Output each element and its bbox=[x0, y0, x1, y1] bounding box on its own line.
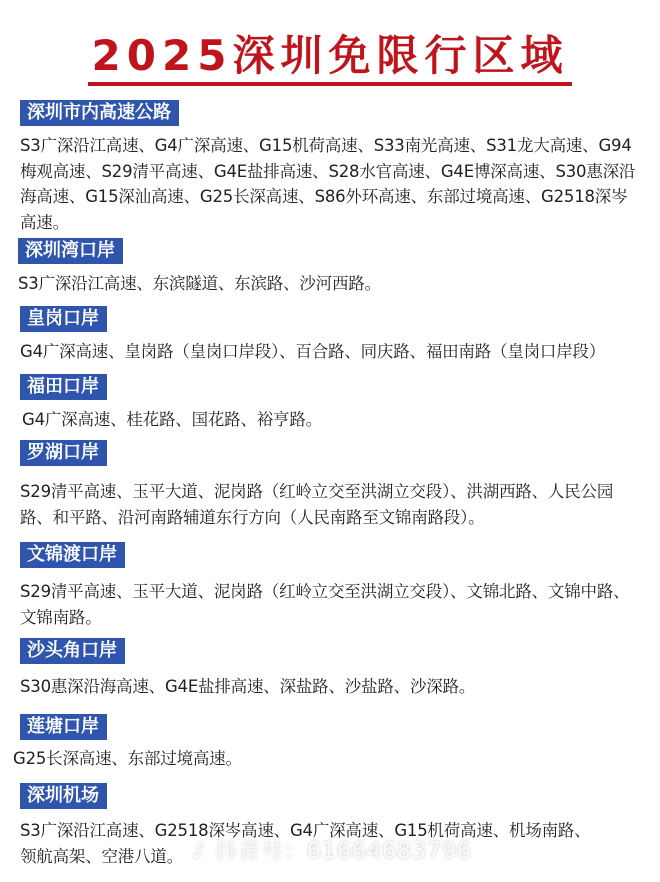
section-text: S30惠深沿海高速、G4E盐排高速、深盐路、沙盐路、沙深路。 bbox=[20, 674, 660, 700]
section-shenzhen-bay-port: 深圳湾口岸 S3广深沿江高速、东滨隧道、东滨路、沙河西路。 bbox=[18, 238, 660, 297]
section-heading: 深圳机场 bbox=[20, 783, 107, 809]
section-text: S29清平高速、玉平大道、泥岗路（红岭立交至洪湖立交段）、文锦北路、文锦中路、文… bbox=[20, 579, 660, 630]
section-futian-port: 福田口岸 G4广深高速、桂花路、国花路、裕亨路。 bbox=[20, 374, 660, 433]
section-heading: 深圳市内高速公路 bbox=[20, 100, 179, 126]
section-shatoujiao-port: 沙头角口岸 S30惠深沿海高速、G4E盐排高速、深盐路、沙盐路、沙深路。 bbox=[20, 638, 660, 700]
section-text: G4广深高速、皇岗路（皇岗口岸段）、百合路、同庆路、福田南路（皇岗口岸段） bbox=[20, 339, 660, 365]
section-text: S3广深沿江高速、G4广深高速、G15机荷高速、S33南光高速、S31龙大高速、… bbox=[20, 133, 660, 235]
section-city-expressways: 深圳市内高速公路 S3广深沿江高速、G4广深高速、G15机荷高速、S33南光高速… bbox=[20, 100, 660, 235]
section-text: S29清平高速、玉平大道、泥岗路（红岭立交至洪湖立交段）、洪湖西路、人民公园路、… bbox=[20, 479, 660, 530]
section-heading: 罗湖口岸 bbox=[20, 440, 107, 466]
section-wenjindu-port: 文锦渡口岸 S29清平高速、玉平大道、泥岗路（红岭立交至洪湖立交段）、文锦北路、… bbox=[20, 542, 660, 630]
section-heading: 福田口岸 bbox=[20, 374, 107, 400]
watermark: ♪抖音号：61664683796 bbox=[192, 834, 472, 865]
section-heading: 文锦渡口岸 bbox=[20, 542, 125, 568]
section-heading: 莲塘口岸 bbox=[20, 714, 107, 740]
watermark-text: 抖音号：61664683796 bbox=[215, 839, 472, 864]
page-title: 2025深圳免限行区域 bbox=[0, 32, 660, 86]
section-text: G4广深高速、桂花路、国花路、裕亨路。 bbox=[20, 407, 660, 433]
section-heading: 皇岗口岸 bbox=[20, 306, 107, 332]
title-text: 2025深圳免限行区域 bbox=[88, 32, 573, 86]
douyin-note-icon: ♪ bbox=[192, 839, 207, 864]
section-luohu-port: 罗湖口岸 S29清平高速、玉平大道、泥岗路（红岭立交至洪湖立交段）、洪湖西路、人… bbox=[20, 440, 660, 530]
section-liantang-port: 莲塘口岸 G25长深高速、东部过境高速。 bbox=[20, 714, 660, 772]
section-text: S3广深沿江高速、东滨隧道、东滨路、沙河西路。 bbox=[18, 271, 660, 297]
section-text: G25长深高速、东部过境高速。 bbox=[13, 746, 660, 772]
section-huanggang-port: 皇岗口岸 G4广深高速、皇岗路（皇岗口岸段）、百合路、同庆路、福田南路（皇岗口岸… bbox=[20, 306, 660, 365]
section-heading: 沙头角口岸 bbox=[20, 638, 125, 664]
section-heading: 深圳湾口岸 bbox=[18, 238, 123, 264]
